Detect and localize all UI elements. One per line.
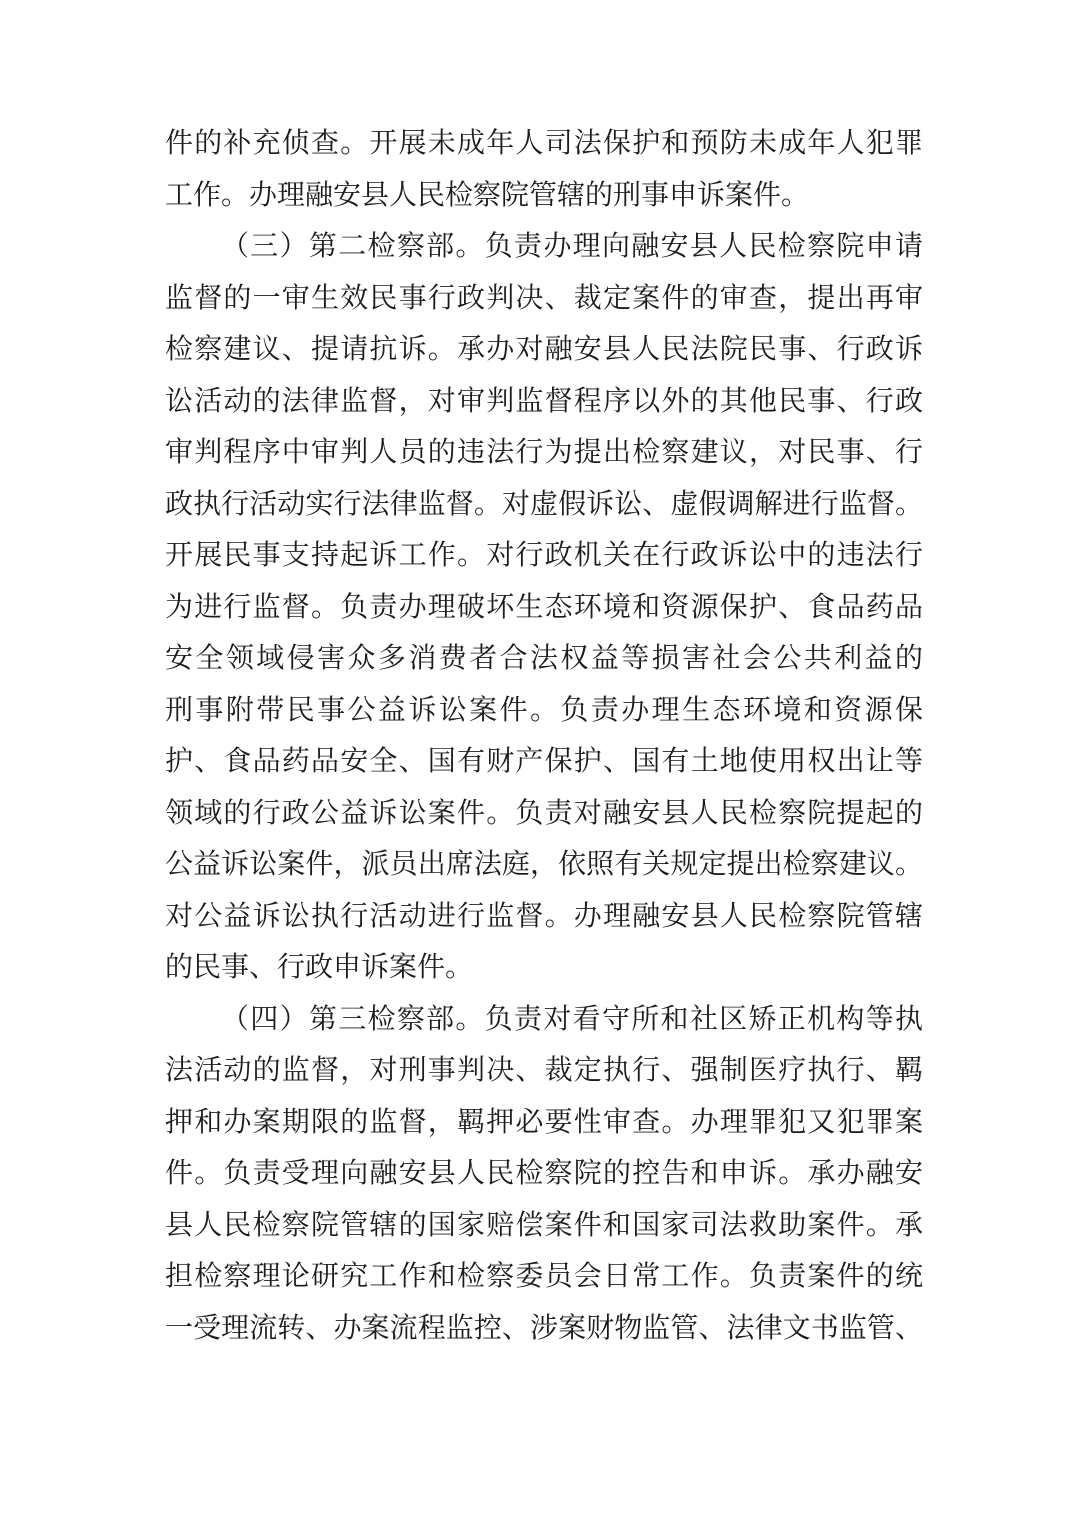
text-line: 一受理流转、办案流程监控、涉案财物监管、法律文书监管、 bbox=[165, 1303, 923, 1355]
text-line: 公益诉讼案件，派员出席法庭，依照有关规定提出检察建议。 bbox=[165, 839, 923, 891]
text-line: 审判程序中审判人员的违法行为提出检察建议，对民事、行 bbox=[165, 427, 923, 479]
text-line: 安全领域侵害众多消费者合法权益等损害社会公共利益的 bbox=[165, 633, 923, 685]
text-line: 法活动的监督，对刑事判决、裁定执行、强制医疗执行、羁 bbox=[165, 1045, 923, 1097]
text-line: 为进行监督。负责办理破坏生态环境和资源保护、食品药品 bbox=[165, 582, 923, 634]
text-line: 押和办案期限的监督，羁押必要性审查。办理罪犯又犯罪案 bbox=[165, 1097, 923, 1149]
text-line: 担检察理论研究工作和检察委员会日常工作。负责案件的统 bbox=[165, 1251, 923, 1303]
text-line: 政执行活动实行法律监督。对虚假诉讼、虚假调解进行监督。 bbox=[165, 479, 923, 531]
document-body: 件的补充侦查。开展未成年人司法保护和预防未成年人犯罪工作。办理融安县人民检察院管… bbox=[165, 118, 923, 1354]
text-line: （三）第二检察部。负责办理向融安县人民检察院申请 bbox=[165, 221, 923, 273]
text-line: 监督的一审生效民事行政判决、裁定案件的审查，提出再审 bbox=[165, 273, 923, 325]
text-line: 的民事、行政申诉案件。 bbox=[165, 942, 923, 994]
text-line: 检察建议、提请抗诉。承办对融安县人民法院民事、行政诉 bbox=[165, 324, 923, 376]
text-line: 护、食品药品安全、国有财产保护、国有土地使用权出让等 bbox=[165, 736, 923, 788]
text-line: 讼活动的法律监督，对审判监督程序以外的其他民事、行政 bbox=[165, 376, 923, 428]
text-line: 县人民检察院管辖的国家赔偿案件和国家司法救助案件。承 bbox=[165, 1200, 923, 1252]
text-line: （四）第三检察部。负责对看守所和社区矫正机构等执 bbox=[165, 994, 923, 1046]
text-line: 对公益诉讼执行活动进行监督。办理融安县人民检察院管辖 bbox=[165, 891, 923, 943]
para-first-dept-continuation: 件的补充侦查。开展未成年人司法保护和预防未成年人犯罪工作。办理融安县人民检察院管… bbox=[165, 118, 923, 221]
text-line: 件。负责受理向融安县人民检察院的控告和申诉。承办融安 bbox=[165, 1148, 923, 1200]
para-item-3-second-procuratorial-dept: （三）第二检察部。负责办理向融安县人民检察院申请监督的一审生效民事行政判决、裁定… bbox=[165, 221, 923, 994]
text-line: 工作。办理融安县人民检察院管辖的刑事申诉案件。 bbox=[165, 170, 923, 222]
text-line: 件的补充侦查。开展未成年人司法保护和预防未成年人犯罪 bbox=[165, 118, 923, 170]
para-item-4-third-procuratorial-dept: （四）第三检察部。负责对看守所和社区矫正机构等执法活动的监督，对刑事判决、裁定执… bbox=[165, 994, 923, 1355]
text-line: 刑事附带民事公益诉讼案件。负责办理生态环境和资源保 bbox=[165, 685, 923, 737]
text-line: 开展民事支持起诉工作。对行政机关在行政诉讼中的违法行 bbox=[165, 530, 923, 582]
text-line: 领域的行政公益诉讼案件。负责对融安县人民检察院提起的 bbox=[165, 788, 923, 840]
document-page: 件的补充侦查。开展未成年人司法保护和预防未成年人犯罪工作。办理融安县人民检察院管… bbox=[0, 0, 1075, 1520]
